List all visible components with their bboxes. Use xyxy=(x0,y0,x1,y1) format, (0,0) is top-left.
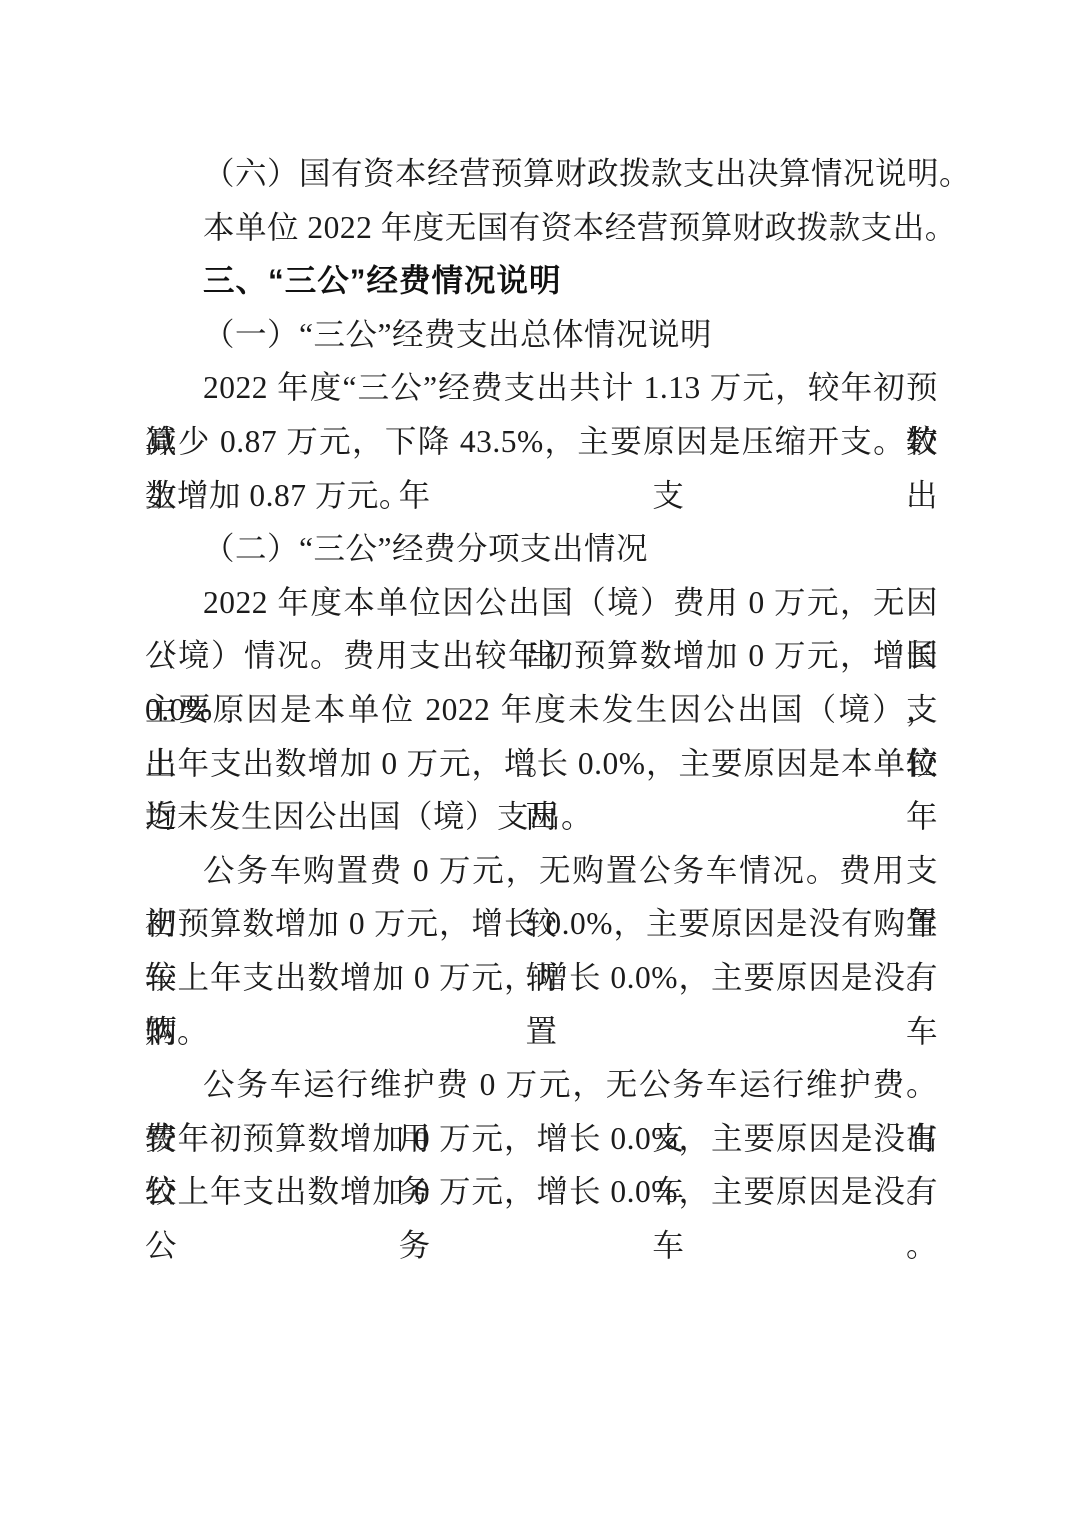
doc-line: 主要原因是本单位 2022 年度未发生因公出国（境）支出。较 xyxy=(145,683,938,737)
doc-line: （六）国有资本经营预算财政拨款支出决算情况说明。 xyxy=(145,147,938,201)
doc-line: （境）情况。费用支出较年初预算数增加 0 万元，增长 0.0%， xyxy=(145,629,938,683)
doc-line: 本单位 2022 年度无国有资本经营预算财政拨款支出。 xyxy=(145,201,938,255)
doc-line: 上年支出数增加 0 万元，增长 0.0%，主要原因是本单位近两年 xyxy=(145,737,938,791)
doc-line: 较年初预算数增加 0 万元，增长 0.0%，主要原因是没有公务车。 xyxy=(145,1112,938,1166)
doc-line: 较上年支出数增加 0 万元，增长 0.0%，主要原因是没有公务车。 xyxy=(145,1165,938,1219)
doc-line: 公务车运行维护费 0 万元，无公务车运行维护费。费用支出 xyxy=(145,1058,938,1112)
doc-line: 减少 0.87 万元，下降 43.5%，主要原因是压缩开支。较上年支出 xyxy=(145,415,938,469)
subsection-heading-one: （一）“三公”经费支出总体情况说明 xyxy=(145,308,938,362)
document-page: （六）国有资本经营预算财政拨款支出决算情况说明。 本单位 2022 年度无国有资… xyxy=(0,0,1074,1520)
doc-line: 初预算数增加 0 万元，增长 0.0%，主要原因是没有购置车辆。 xyxy=(145,897,938,951)
doc-line: 公务车购置费 0 万元，无购置公务车情况。费用支出较年 xyxy=(145,844,938,898)
doc-line: 2022 年度本单位因公出国（境）费用 0 万元，无因公出国 xyxy=(145,576,938,630)
doc-line: 较上年支出数增加 0 万元，增长 0.0%，主要原因是没有购置车 xyxy=(145,951,938,1005)
section-heading-sangong: 三、“三公”经费情况说明 xyxy=(145,254,938,308)
subsection-heading-two: （二）“三公”经费分项支出情况 xyxy=(145,522,938,576)
doc-line: 2022 年度“三公”经费支出共计 1.13 万元，较年初预算数 xyxy=(145,361,938,415)
